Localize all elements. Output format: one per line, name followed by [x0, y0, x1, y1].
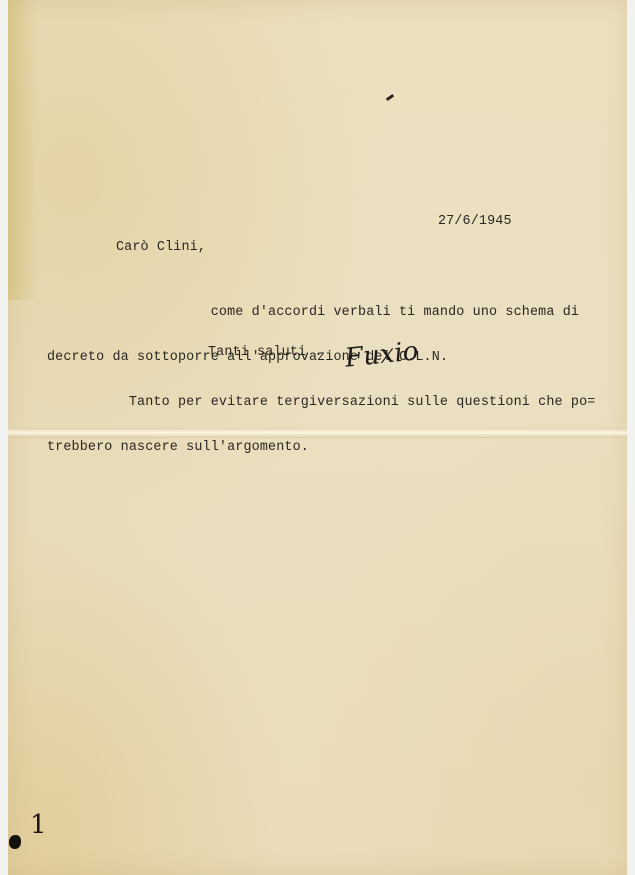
letter-body: come d'accordi verbali ti mando uno sche… [47, 275, 595, 470]
body-line: come d'accordi verbali ti mando uno sche… [47, 305, 595, 320]
handwritten-page-number: 1 [30, 810, 47, 840]
body-line: Tanto per evitare tergiversazioni sulle … [47, 395, 595, 410]
ink-blot [9, 835, 21, 849]
letter-salutation: Carò Clini, [116, 240, 206, 255]
letter-date: 27/6/1945 [438, 214, 512, 229]
letter-closing: Tanti saluti . [208, 345, 323, 360]
body-line: trebbero nascere sull'argomento. [47, 440, 595, 455]
paper-stain [8, 0, 38, 300]
